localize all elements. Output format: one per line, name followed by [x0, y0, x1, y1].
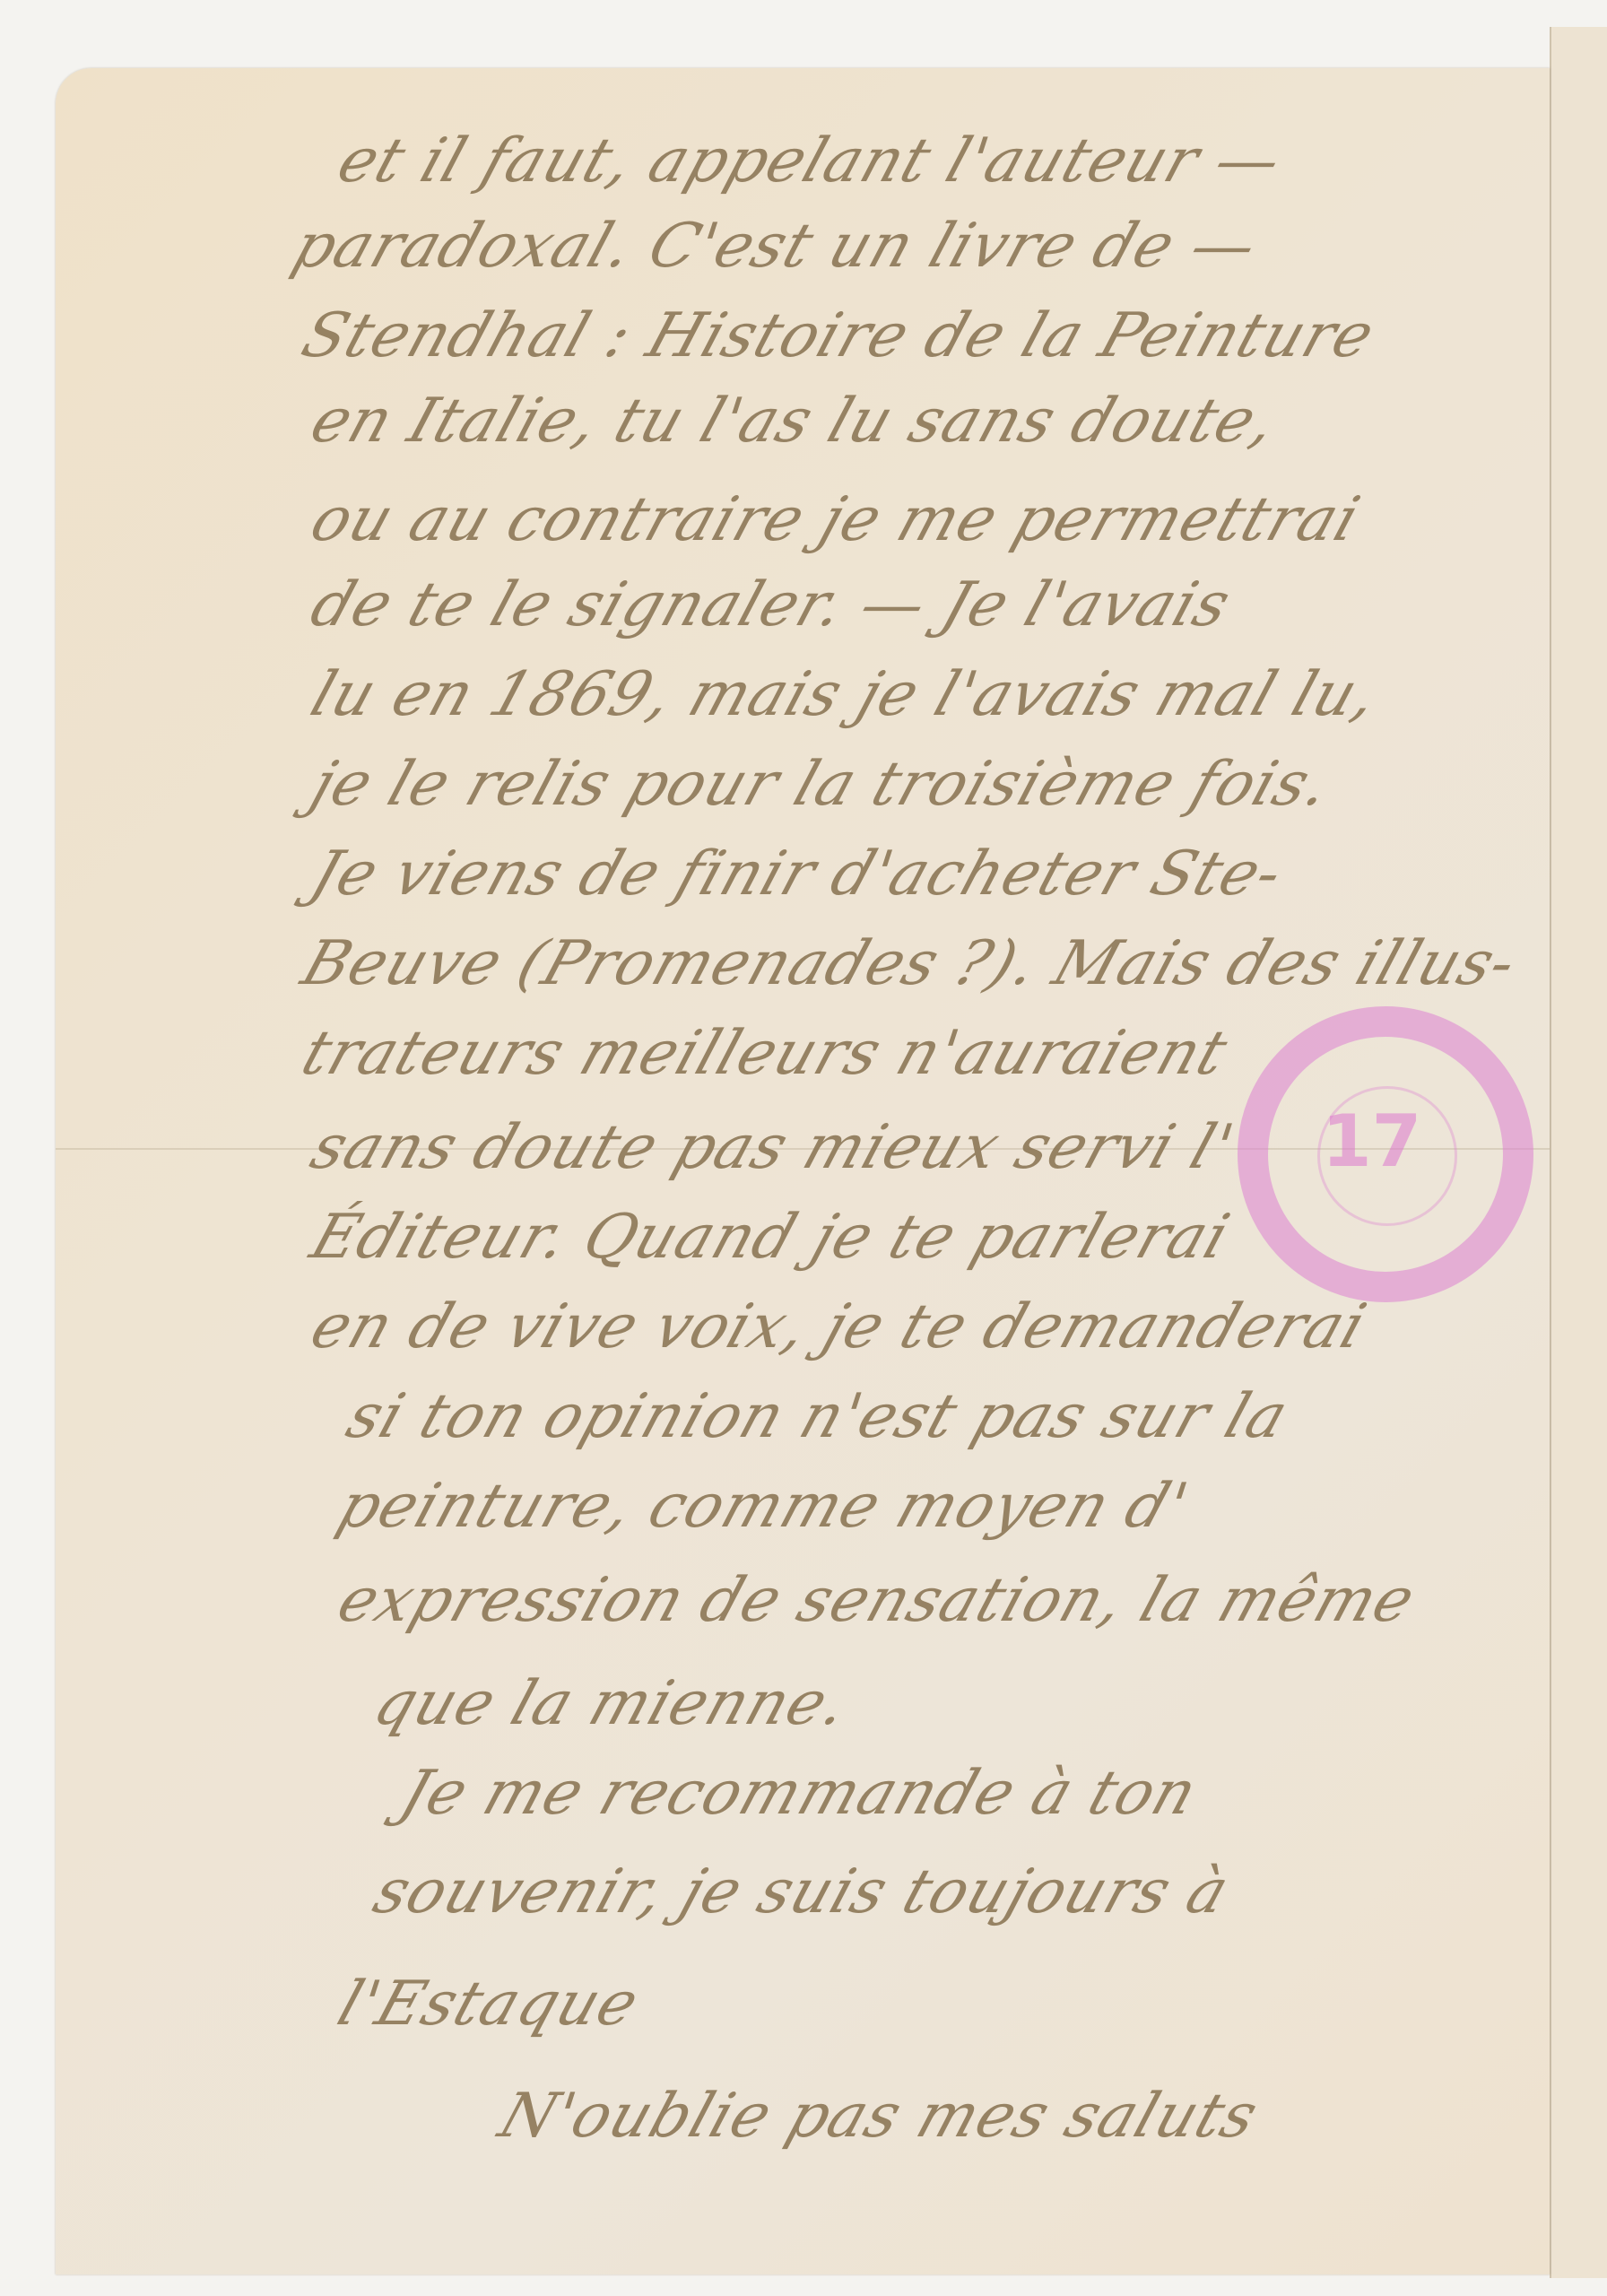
text-line: que la mienne.: [365, 1668, 857, 1739]
archive-stamp: 17: [1238, 1006, 1533, 1302]
text-line: je le relis pour la troisième fois.: [302, 749, 1339, 820]
text-line: Je viens de finir d'acheter Ste-: [302, 839, 1291, 909]
text-line: de te le signaler. — Je l'avais: [302, 570, 1239, 640]
stamp-number: 17: [1322, 1100, 1421, 1183]
text-line: ou au contraire je me permettrai: [302, 484, 1368, 555]
text-line: trateurs meilleurs n'auraient: [293, 1018, 1236, 1089]
text-line: sans doute pas mieux servi l': [302, 1112, 1243, 1183]
text-line: lu en 1869, mais je l'avais mal lu,: [302, 659, 1387, 730]
text-line: en Italie, tu l'as lu sans doute,: [302, 386, 1286, 457]
text-line: peinture, comme moyen d': [329, 1471, 1197, 1542]
text-line: N'oublie pas mes saluts: [491, 2081, 1267, 2152]
text-line: si ton opinion n'est pas sur la: [338, 1381, 1297, 1452]
text-line: souvenir, je suis toujours à: [365, 1857, 1238, 1927]
text-line: l'Estaque: [329, 1969, 647, 2039]
text-line: en de vive voix, je te demanderai: [302, 1291, 1375, 1362]
text-line: paradoxal. C'est un livre de —: [284, 211, 1266, 282]
text-line: Stendhal : Histoire de la Peinture: [293, 300, 1383, 371]
text-line: et il faut, appelant l'auteur —: [329, 126, 1290, 196]
text-line: Éditeur. Quand je te parlerai: [302, 1202, 1238, 1273]
text-line: expression de sensation, la même: [329, 1565, 1424, 1636]
text-line: Beuve (Promenades ?). Mais des illus-: [293, 928, 1525, 999]
text-line: Je me recommande à ton: [392, 1758, 1206, 1829]
